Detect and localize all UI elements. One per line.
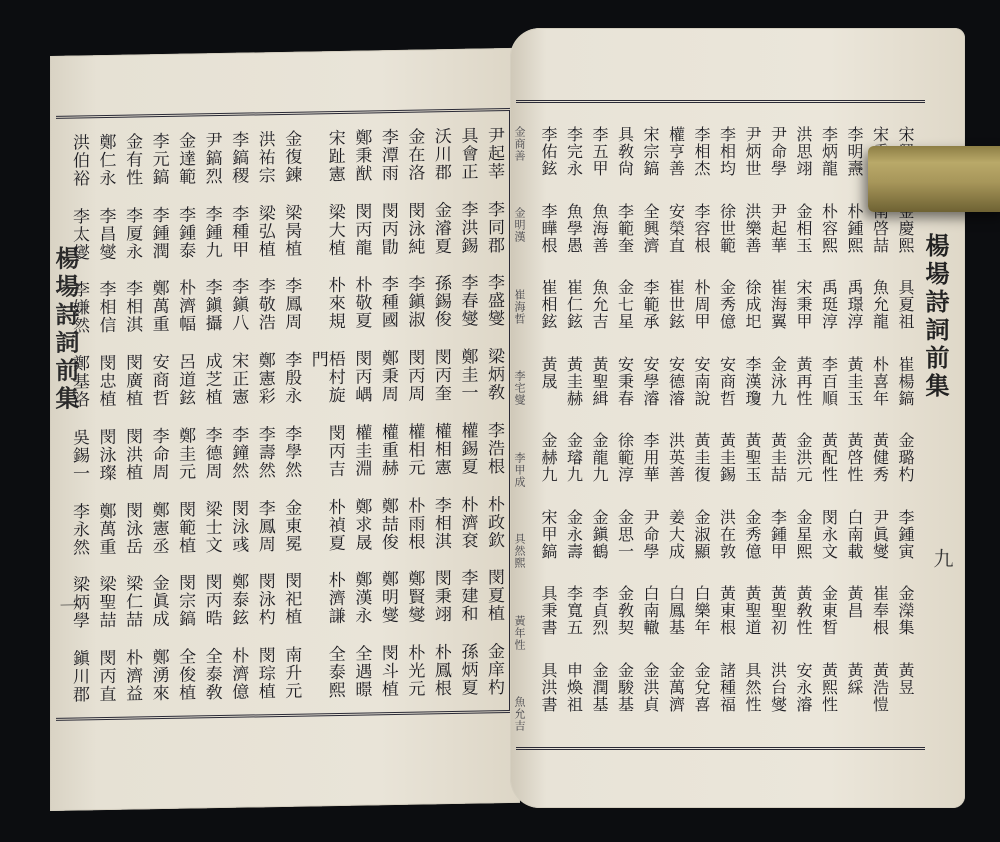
name-entry: 朴喜年 (872, 356, 888, 420)
name-entry: 李種國 (379, 275, 396, 339)
name-entry: 朴濟袞 (458, 495, 475, 559)
name-column: 李鎬稷李種甲李鎭八宋正憲李鐘然閔泳彧鄭泰鉉朴濟億 (229, 131, 246, 711)
name-entry: 具洪書 (540, 662, 556, 726)
name-entry: 南升元 (282, 646, 299, 710)
name-entry: 尹命學 (770, 126, 786, 190)
name-entry: 梁仁喆 (123, 575, 140, 639)
name-entry: 閔廣植 (123, 354, 140, 418)
name-entry: 尹炳世 (744, 126, 760, 190)
name-entry: 李元鎬 (150, 132, 167, 196)
name-entry: 全興濟 (642, 203, 658, 267)
name-entry: 禹璟淳 (846, 279, 862, 343)
name-entry: 安德濬 (668, 356, 684, 420)
name-entry: 閔忠植 (97, 354, 114, 418)
name-entry: 金濚集 (897, 585, 913, 649)
name-entry: 全泰敎 (203, 647, 220, 711)
name-entry: 朴政欽 (485, 495, 502, 559)
name-entry: 金敎契 (617, 585, 633, 649)
name-entry: 閔永文 (821, 509, 837, 573)
name-entry: 金璐杓 (897, 432, 913, 496)
name-entry: 李貞烈 (591, 585, 607, 649)
name-column: 金有性李厦永李相淇閔廣植閔洪植閔泳岳梁仁喆朴濟益 (123, 132, 140, 712)
name-entry: 徐成圯 (744, 279, 760, 343)
name-entry: 李永然 (70, 502, 87, 566)
name-entry: 全遇暻 (352, 644, 369, 708)
name-entry: 閔丙晧 (203, 573, 220, 637)
name-entry: 徐範淳 (617, 432, 633, 496)
left-name-grid: 尹起莘李同郡李盛燮梁炳敎李浩根朴政欽閔夏植金庠杓具會正李洪錫李春燮鄭圭一權錫夏朴… (70, 126, 502, 714)
name-column: 權亨善安榮直崔世鉉安德濬洪英善姜大成白鳳基金萬濟 (668, 126, 684, 726)
name-entry: 李鍾潤 (150, 206, 167, 270)
name-entry: 權相元 (405, 422, 422, 486)
name-entry: 李種甲 (229, 204, 246, 268)
name-entry: 安秉春 (617, 356, 633, 420)
name-entry: 孫錫俊 (432, 274, 449, 338)
name-entry: 朴濟幅 (176, 279, 193, 343)
name-entry: 鎭川郡 (70, 649, 87, 713)
name-entry: 閔夏植 (485, 568, 502, 632)
name-entry: 梁炳敎 (485, 347, 502, 411)
name-entry: 洪思翊 (795, 126, 811, 190)
name-entry: 崔奉根 (872, 585, 888, 649)
name-entry: 鄭憲丞 (150, 500, 167, 564)
name-entry: 具夏祖 (897, 279, 913, 343)
name-entry: 金龍九 (591, 432, 607, 496)
name-entry: 閔祀植 (282, 572, 299, 636)
name-column: 宋興■金慶熙具夏祖崔楊鎬金璐杓李鍾寅金濚集黃昱 (897, 126, 913, 726)
right-page: 楊場詩詞前集 九 金商善金明漢崔海哲李宅燮李甲成具然熙黃年性魚允吉 宋興■金慶熙… (510, 28, 965, 808)
name-column: 鄭仁永李昌燮李相信閔忠植閔泳璨鄭萬重梁聖喆閔丙直 (97, 133, 114, 713)
name-entry: 李德周 (203, 426, 220, 490)
name-entry: 李相淇 (123, 280, 140, 344)
name-entry: 權圭淵 (352, 423, 369, 487)
name-column: 尹起莘李同郡李盛燮梁炳敎李浩根朴政欽閔夏植金庠杓 (485, 126, 502, 706)
name-entry: 權重赫 (379, 423, 396, 487)
name-entry: 黃綵 (846, 662, 862, 726)
name-entry: 李寬五 (566, 585, 582, 649)
name-entry: 朴雨根 (405, 496, 422, 560)
name-entry: 金淑顯 (693, 509, 709, 573)
name-entry: 李盛燮 (485, 274, 502, 338)
name-entry: 安商哲 (150, 353, 167, 417)
name-entry: 黃圭赫 (566, 356, 582, 420)
name-column: 宋秉儀南啓喆魚允龍朴喜年黃健秀尹眞燮崔奉根黃浩愷 (872, 126, 888, 726)
name-entry: 金慶熙 (897, 203, 913, 267)
name-entry: 金鎭鶴 (591, 509, 607, 573)
name-entry: 具秉書 (540, 585, 556, 649)
name-entry: 朴敬夏 (352, 276, 369, 340)
name-entry: 魚學愚 (566, 203, 582, 267)
name-entry: 金潤基 (591, 662, 607, 726)
name-entry: 李鎭攝 (203, 278, 220, 342)
name-entry: 金達範 (176, 132, 193, 196)
name-entry: 朴濟益 (123, 648, 140, 712)
name-entry: 黃浩愷 (872, 662, 888, 726)
name-entry: 全俊植 (176, 647, 193, 711)
name-entry: 李鎭八 (229, 278, 246, 342)
name-entry: 朴光元 (405, 643, 422, 707)
name-entry: 沃川郡 (432, 127, 449, 191)
name-entry: 全泰熙 (309, 645, 343, 710)
name-entry: 鄭湧來 (150, 648, 167, 712)
name-entry: 李殷永 (282, 351, 299, 415)
name-entry: 李鐘然 (229, 425, 246, 489)
name-column: 李炳龍朴容熙禹珽淳李百順黃配性閔永文金東晳黃熙性 (821, 126, 837, 726)
name-entry: 朴容熙 (821, 203, 837, 267)
name-entry: 閔丙龍 (352, 202, 369, 266)
name-entry: 魚允吉 (591, 279, 607, 343)
name-entry: 梧村旋門 (309, 350, 343, 415)
name-entry: 閔泳璨 (97, 428, 114, 492)
name-entry: 安學濬 (642, 356, 658, 420)
name-entry: 鄭萬重 (150, 279, 167, 343)
name-entry: 宋甲鎬 (540, 509, 556, 573)
margin-name-entry: 李宅燮 (514, 370, 525, 420)
name-entry: 金七星 (617, 279, 633, 343)
name-entry: 黃圭錫 (719, 432, 735, 496)
name-entry: 李相信 (97, 280, 114, 344)
name-entry: 金復鍊 (282, 130, 299, 194)
name-entry: 閔泳純 (405, 201, 422, 265)
name-entry: 李鍾泰 (176, 205, 193, 269)
name-entry: 宋正憲 (229, 352, 246, 416)
name-column: 李潭雨閔丙勖李種國鄭秉周權重赫鄭喆俊鄭明燮閔斗植 (379, 128, 396, 708)
name-entry: 李百順 (821, 356, 837, 420)
name-column: 李相杰李容根朴周甲安南說黃圭復金淑顯白樂年金兌喜 (693, 126, 709, 726)
name-entry: 黃敎性 (795, 585, 811, 649)
name-entry: 吳錫一 (70, 428, 87, 492)
name-entry: 閔範植 (176, 500, 193, 564)
name-entry: 尹眞燮 (872, 509, 888, 573)
name-entry: 具然性 (744, 662, 760, 726)
name-column: 洪祐宗梁弘植李敬浩鄭憲彩李壽然李鳳周閔泳杓閔琮植 (256, 130, 273, 710)
name-entry: 南啓喆 (872, 203, 888, 267)
name-column: 具敎尙李範奎金七星安秉春徐範淳金思一金敎契金駿基 (617, 126, 633, 726)
name-entry: 閔琮植 (256, 646, 273, 710)
name-column: 尹鎬烈李鍾九李鎭攝成芝植李德周梁士文閔丙晧全泰敎 (203, 131, 220, 711)
name-entry: 成芝植 (203, 352, 220, 416)
name-entry: 權亨善 (668, 126, 684, 190)
name-entry: 梁炳學 (70, 576, 87, 640)
name-entry: 金東冕 (282, 498, 299, 562)
name-column: 李完永魚學愚崔仁鉉黃圭赫金璿九金永壽李寬五申煥祖 (566, 126, 582, 726)
name-entry: 具會正 (458, 127, 475, 191)
name-entry: 宋宗鎬 (642, 126, 658, 190)
name-column: 洪伯裕李太燮李嫌然鄭基洛吳錫一李永然梁炳學鎭川郡 (70, 133, 87, 713)
name-entry: 金永壽 (566, 509, 582, 573)
name-entry: 李鍾甲 (770, 509, 786, 573)
name-entry: 金秀億 (744, 509, 760, 573)
right-name-grid: 宋興■金慶熙具夏祖崔楊鎬金璐杓李鍾寅金濚集黃昱宋秉儀南啓喆魚允龍朴喜年黃健秀尹眞… (540, 126, 913, 726)
name-column: 尹炳世洪樂善徐成圯李漢瓊黃聖玉金秀億黃聖道具然性 (744, 126, 760, 726)
name-entry: 閔丙奎 (432, 348, 449, 412)
name-entry: 黃再性 (795, 356, 811, 420)
name-entry: 禹珽淳 (821, 279, 837, 343)
name-entry: 尹鎬烈 (203, 131, 220, 195)
name-entry: 李鍾九 (203, 205, 220, 269)
name-column: 李五甲魚海善魚允吉黃聖緝金龍九金鎭鶴李貞烈金潤基 (591, 126, 607, 726)
name-entry: 李相均 (719, 126, 735, 190)
margin-name-entry: 魚允吉 (514, 696, 525, 746)
name-entry: 白南轍 (642, 585, 658, 649)
name-column: 李元鎬李鍾潤鄭萬重安商哲李命周鄭憲丞金眞成鄭湧來 (150, 132, 167, 712)
name-entry: 黃圭喆 (770, 432, 786, 496)
name-entry: 金璿九 (566, 432, 582, 496)
name-entry: 金濬夏 (432, 201, 449, 265)
name-entry: 金星熙 (795, 509, 811, 573)
name-entry: 鄭萬重 (97, 501, 114, 565)
right-page-margin-names: 金商善金明漢崔海哲李宅燮李甲成具然熙黃年性魚允吉 (514, 126, 525, 746)
name-entry: 金秀億 (719, 279, 735, 343)
name-entry: 李浩根 (485, 421, 502, 485)
name-column: 鄭秉猷閔丙龍朴敬夏閔丙嵎權圭淵鄭求晟鄭漢永全遇暻 (352, 128, 369, 708)
margin-name-entry: 金明漢 (514, 207, 525, 257)
name-entry: 閔丙吉 (309, 424, 343, 489)
name-entry: 李敬浩 (256, 278, 273, 342)
name-entry: 崔世鉉 (668, 279, 684, 343)
name-entry: 閔秉翊 (432, 569, 449, 633)
name-column: 宋趾憲梁大植朴來規梧村旋門閔丙吉朴禎夏朴濟謙全泰熙 (309, 129, 343, 710)
name-column: 尹命學尹起華崔海翼金泳九黃圭喆李鍾甲黃聖初洪台燮 (770, 126, 786, 726)
name-entry: 李嫌然 (70, 281, 87, 345)
name-entry: 黃配性 (821, 432, 837, 496)
name-entry: 鄭秉周 (379, 349, 396, 413)
name-entry: 孫炳夏 (458, 642, 475, 706)
brass-paperweight (868, 146, 1000, 212)
name-entry: 李昌燮 (97, 207, 114, 271)
name-entry: 諸種福 (719, 662, 735, 726)
name-entry: 洪台燮 (770, 662, 786, 726)
name-entry: 鄭泰鉉 (229, 573, 246, 637)
name-entry: 閔泳杓 (256, 572, 273, 636)
name-entry: 黃聖道 (744, 585, 760, 649)
name-entry: 崔仁鉉 (566, 279, 582, 343)
name-entry: 金庠杓 (485, 642, 502, 706)
name-entry: 鄭求晟 (352, 497, 369, 561)
name-entry: 李洪錫 (458, 200, 475, 264)
name-entry: 洪祐宗 (256, 130, 273, 194)
name-entry: 朴來規 (309, 276, 343, 341)
name-entry: 黃昌 (846, 585, 862, 649)
name-entry: 李炳龍 (821, 126, 837, 190)
name-entry: 金相玉 (795, 203, 811, 267)
name-entry: 尹起華 (770, 203, 786, 267)
name-entry: 梁弘植 (256, 204, 273, 268)
name-entry: 魚允龍 (872, 279, 888, 343)
name-entry: 李範奎 (617, 203, 633, 267)
name-entry: 金泳九 (770, 356, 786, 420)
name-entry: 安南說 (693, 356, 709, 420)
name-entry: 安榮直 (668, 203, 684, 267)
name-entry: 梁大植 (309, 203, 343, 268)
name-entry: 朴鳳根 (432, 643, 449, 707)
name-entry: 李太燮 (70, 207, 87, 271)
name-entry: 李鎭淑 (405, 275, 422, 339)
name-entry: 黃圭玉 (846, 356, 862, 420)
name-column: 李佑鉉李曄根崔相鉉黃晟金赫九宋甲鎬具秉書具洪書 (540, 126, 556, 726)
name-column: 李相均徐世範金秀億安商哲黃圭錫洪在敦黃東根諸種福 (719, 126, 735, 726)
name-column: 宋宗鎬全興濟李範承安學濬李用華尹命學白南轍金洪貞 (642, 126, 658, 726)
name-entry: 尹命學 (642, 509, 658, 573)
name-entry: 閔宗鎬 (176, 574, 193, 638)
name-entry: 金在洛 (405, 128, 422, 192)
name-entry: 申煥祖 (566, 662, 582, 726)
name-entry: 白南載 (846, 509, 862, 573)
name-column: 金復鍊梁昺植李鳳周李殷永李學然金東冕閔祀植南升元 (282, 130, 299, 710)
name-entry: 李命周 (150, 427, 167, 491)
name-entry: 金兌喜 (693, 662, 709, 726)
name-entry: 金思一 (617, 509, 633, 573)
name-entry: 權錫夏 (458, 421, 475, 485)
name-entry: 姜大成 (668, 509, 684, 573)
name-entry: 黃聖玉 (744, 432, 760, 496)
name-entry: 鄭仁永 (97, 133, 114, 197)
name-entry: 白樂年 (693, 585, 709, 649)
name-entry: 洪伯裕 (70, 133, 87, 197)
name-column: 洪思翊金相玉宋秉甲黃再性金洪元金星熙黃敎性安永濬 (795, 126, 811, 726)
name-entry: 朴濟億 (229, 646, 246, 710)
margin-name-entry: 金商善 (514, 126, 525, 176)
name-entry: 李潭雨 (379, 128, 396, 192)
name-entry: 鄭秉猷 (352, 128, 369, 192)
name-entry: 金赫九 (540, 432, 556, 496)
name-entry: 鄭基洛 (70, 354, 87, 418)
name-entry: 安永濬 (795, 662, 811, 726)
name-entry: 安商哲 (719, 356, 735, 420)
name-entry: 閔丙周 (405, 349, 422, 413)
margin-name-entry: 黃年性 (514, 615, 525, 665)
name-entry: 金駿基 (617, 662, 633, 726)
name-entry: 崔海翼 (770, 279, 786, 343)
name-entry: 金眞成 (150, 574, 167, 638)
name-entry: 李範承 (642, 279, 658, 343)
name-entry: 李漢瓊 (744, 356, 760, 420)
name-entry: 金萬濟 (668, 662, 684, 726)
name-entry: 李鳳周 (256, 499, 273, 563)
name-entry: 李建和 (458, 569, 475, 633)
name-entry: 鄭明燮 (379, 570, 396, 634)
name-entry: 鄭漢永 (352, 571, 369, 635)
name-entry: 宋趾憲 (309, 129, 343, 194)
name-entry: 閔斗植 (379, 644, 396, 708)
name-entry: 李壽然 (256, 425, 273, 489)
name-entry: 洪樂善 (744, 203, 760, 267)
name-entry: 李曄根 (540, 203, 556, 267)
name-entry: 洪在敦 (719, 509, 735, 573)
name-entry: 具敎尙 (617, 126, 633, 190)
name-entry: 李相淇 (432, 496, 449, 560)
name-entry: 鄭憲彩 (256, 351, 273, 415)
name-entry: 閔丙直 (97, 649, 114, 713)
name-entry: 李五甲 (591, 126, 607, 190)
name-entry: 李厦永 (123, 206, 140, 270)
name-entry: 金有性 (123, 132, 140, 196)
name-entry: 鄭圭元 (176, 426, 193, 490)
name-entry: 李完永 (566, 126, 582, 190)
name-entry: 黃昱 (897, 662, 913, 726)
name-entry: 朴濟謙 (309, 571, 343, 636)
name-entry: 徐世範 (719, 203, 735, 267)
name-entry: 李春燮 (458, 274, 475, 338)
name-entry: 李佑鉉 (540, 126, 556, 190)
name-entry: 崔楊鎬 (897, 356, 913, 420)
name-entry: 李用華 (642, 432, 658, 496)
name-entry: 呂道鉉 (176, 353, 193, 417)
margin-name-entry: 李甲成 (514, 452, 525, 502)
name-column: 沃川郡金濬夏孫錫俊閔丙奎權相憲李相淇閔秉翊朴鳳根 (432, 127, 449, 707)
left-page: 楊場詩詞前集 一 尹起莘李同郡李盛燮梁炳敎李浩根朴政欽閔夏植金庠杓具會正李洪錫李… (50, 48, 520, 811)
name-column: 金達範李鍾泰朴濟幅呂道鉉鄭圭元閔範植閔宗鎬全俊植 (176, 132, 193, 712)
name-entry: 黃聖緝 (591, 356, 607, 420)
name-entry: 李學然 (282, 424, 299, 488)
name-entry: 閔泳彧 (229, 499, 246, 563)
name-entry: 金洪貞 (642, 662, 658, 726)
name-entry: 梁士文 (203, 500, 220, 564)
name-entry: 鄭喆俊 (379, 496, 396, 560)
name-entry: 閔丙嵎 (352, 350, 369, 414)
margin-name-entry: 具然熙 (514, 533, 525, 583)
name-entry: 黃熙性 (821, 662, 837, 726)
name-entry: 尹起莘 (485, 126, 502, 190)
name-entry: 朴鍾熙 (846, 203, 862, 267)
name-entry: 朴禎夏 (309, 497, 343, 562)
name-entry: 梁昺植 (282, 203, 299, 267)
name-entry: 朴周甲 (693, 279, 709, 343)
name-entry: 金東晳 (821, 585, 837, 649)
name-entry: 洪英善 (668, 432, 684, 496)
name-entry: 黃聖初 (770, 585, 786, 649)
right-page-number: 九 (928, 548, 957, 568)
name-entry: 李鍾寅 (897, 509, 913, 573)
margin-name-entry: 崔海哲 (514, 289, 525, 339)
name-entry: 李明燾 (846, 126, 862, 190)
name-entry: 鄭賢燮 (405, 570, 422, 634)
name-entry: 黃東根 (719, 585, 735, 649)
name-entry: 李相杰 (693, 126, 709, 190)
name-entry: 李鎬稷 (229, 131, 246, 195)
name-entry: 黃健秀 (872, 432, 888, 496)
name-column: 李明燾朴鍾熙禹璟淳黃圭玉黃啓性白南載黃昌黃綵 (846, 126, 862, 726)
name-entry: 黃圭復 (693, 432, 709, 496)
name-entry: 閔丙勖 (379, 202, 396, 266)
name-column: 金在洛閔泳純李鎭淑閔丙周權相元朴雨根鄭賢燮朴光元 (405, 128, 422, 708)
name-column: 具會正李洪錫李春燮鄭圭一權錫夏朴濟袞李建和孫炳夏 (458, 127, 475, 707)
name-entry: 鄭圭一 (458, 348, 475, 412)
name-entry: 金洪元 (795, 432, 811, 496)
name-entry: 宋秉甲 (795, 279, 811, 343)
name-entry: 閔泳岳 (123, 501, 140, 565)
name-entry: 李同郡 (485, 200, 502, 264)
name-entry: 魚海善 (591, 203, 607, 267)
name-entry: 黃啓性 (846, 432, 862, 496)
name-entry: 閔洪植 (123, 427, 140, 491)
name-entry: 李鳳周 (282, 277, 299, 341)
name-entry: 崔相鉉 (540, 279, 556, 343)
name-entry: 李容根 (693, 203, 709, 267)
name-entry: 黃晟 (540, 356, 556, 420)
name-entry: 梁聖喆 (97, 575, 114, 639)
name-entry: 權相憲 (432, 422, 449, 486)
name-entry: 白鳳基 (668, 585, 684, 649)
